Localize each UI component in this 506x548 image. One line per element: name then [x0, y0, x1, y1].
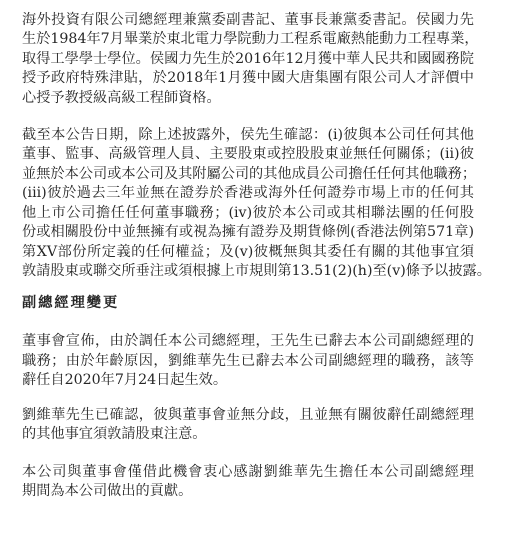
text-line: 辭任自2020年7月24日起生效。 [22, 371, 474, 390]
text-line: 他上市公司擔任任何董事職務；(iv)彼於本公司或其相聯法團的任何股 [22, 204, 474, 223]
text-line: (iii)彼於過去三年並無在證券於香港或海外任何證券市場上市的任何其 [22, 184, 474, 203]
text-line: 第XV部份所定義的任何權益；及(v)彼概無與其委任有關的其他事宜須 [22, 243, 474, 262]
text-line: 海外投資有限公司總經理兼黨委副書記、董事長兼黨委書記。侯國力先 [22, 11, 474, 30]
text-line: 取得工學學士學位。侯國力先生於2016年12月獲中華人民共和國國務院 [22, 50, 474, 69]
text-line: 期間為本公司做出的貢獻。 [22, 482, 474, 501]
text-line: 授予政府特殊津貼，於2018年1月獲中國大唐集團有限公司人才評價中 [22, 69, 474, 88]
text-line: 劉維華先生已確認，彼與董事會並無分歧，且並無有關彼辭任副總經理 [22, 406, 474, 425]
text-line: 職務；由於年齡原因，劉維華先生已辭去本公司副總經理的職務，該等 [22, 352, 474, 371]
text-line: 份或相關股份中並無擁有或視為擁有證券及期貨條例(香港法例第571章) [22, 223, 474, 242]
text-line: 本公司與董事會僅借此機會衷心感謝劉維華先生擔任本公司副總經理 [22, 463, 474, 482]
text-line: 心授予教授級高級工程師資格。 [22, 89, 474, 108]
text-line: 的其他事宜須敦請股東注意。 [22, 425, 474, 444]
section-heading: 副總經理變更 [22, 294, 474, 313]
text-line: 並無於本公司或本公司及其附屬公司的其他成員公司擔任任何其他職務； [22, 165, 474, 184]
text-line: 董事、監事、高級管理人員、主要股東或控股股東並無任何關係；(ii)彼 [22, 145, 474, 164]
text-line: 敦請股東或聯交所垂注或須根據上市規則第13.51(2)(h)至(v)條予以披露。 [22, 262, 474, 281]
text-line: 生於1984年7月畢業於東北電力學院動力工程系電廠熱能動力工程專業， [22, 30, 474, 49]
text-line: 董事會宣佈，由於調任本公司總經理，王先生已辭去本公司副總經理的 [22, 332, 474, 351]
text-line: 截至本公告日期，除上述披露外，侯先生確認：(i)彼與本公司任何其他 [22, 126, 474, 145]
